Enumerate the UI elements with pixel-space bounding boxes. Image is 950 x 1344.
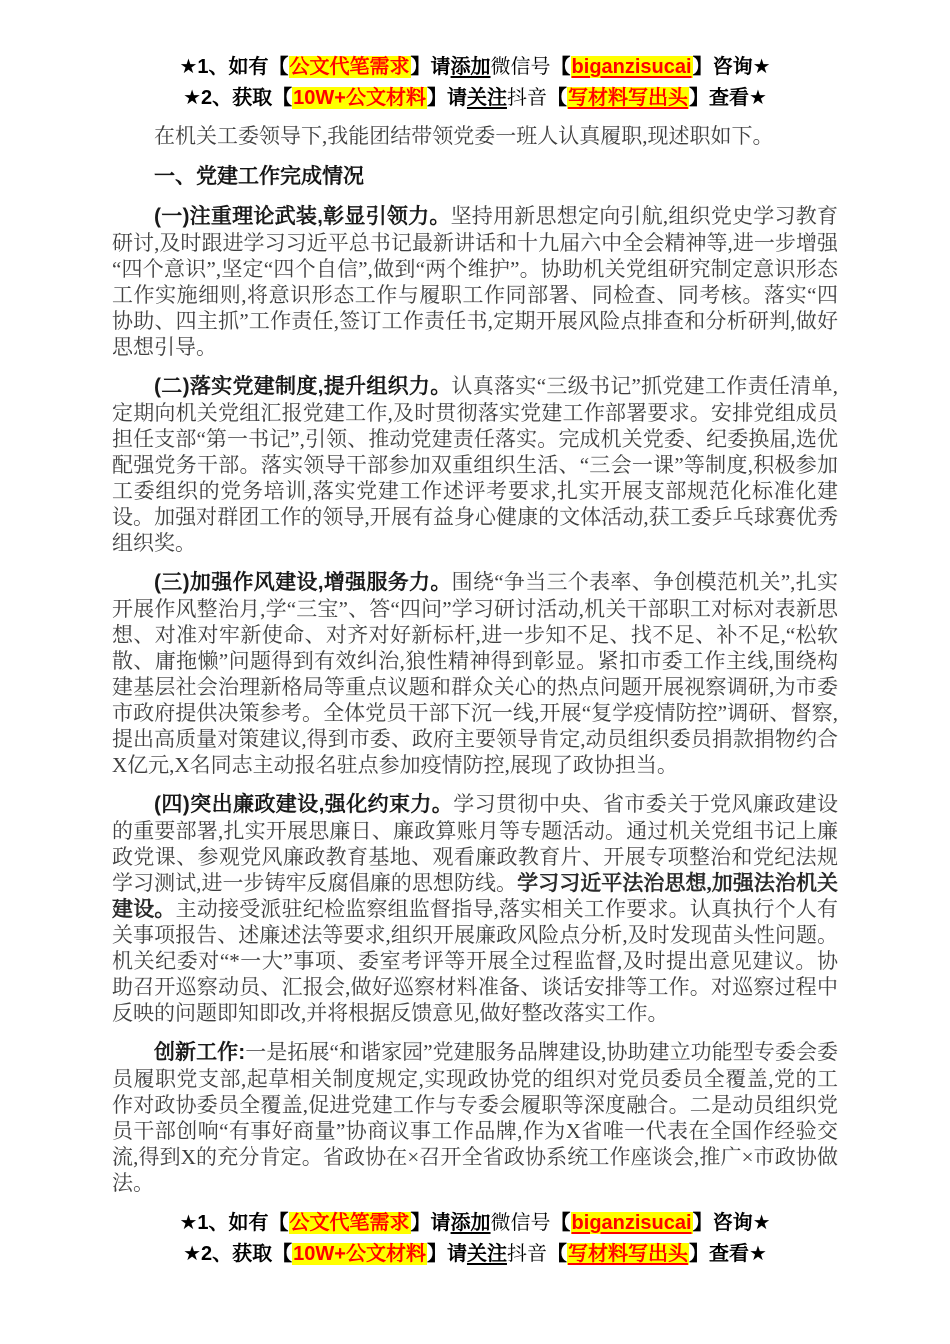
text-segment: 微信号 (491, 56, 551, 78)
text-segment: 关注 (467, 1243, 507, 1265)
text-segment: ★1、如有【 (179, 56, 288, 78)
text-segment: 】请 (427, 87, 467, 109)
text-segment: 抖音 (507, 1243, 547, 1265)
highlighted-text: biganzisucai (571, 1212, 693, 1234)
intro-paragraph: 在机关工委领导下,我能团结带领党委一班人认真履职,现述职如下。 (112, 123, 838, 149)
text-segment: 】咨询★ (693, 1212, 771, 1234)
body-paragraph: (一)注重理论武装,彰显引领力。坚持用新思想定向引航,组织党史学习教育研讨,及时… (112, 203, 838, 360)
text-segment: 】咨询★ (693, 56, 771, 78)
text-segment: 】请 (411, 1212, 451, 1234)
text-segment: 】请 (411, 56, 451, 78)
text-segment: 】查看★ (689, 87, 767, 109)
text-segment: 认真落实“三级书记”抓党建工作责任清单,定期向机关党组汇报党建工作,及时贯彻落实… (112, 374, 838, 555)
text-segment: (一)注重理论武装,彰显引领力。 (154, 205, 451, 228)
promo-banner-top: ★1、如有【公文代笔需求】请添加微信号【biganzisucai】咨询★★2、获… (112, 52, 838, 114)
text-segment: (四)突出廉政建设,强化约束力。 (154, 793, 453, 816)
text-segment: 【 (547, 87, 567, 109)
body-paragraph: 创新工作:一是拓展“和谐家园”党建服务品牌建设,协助建立功能型专委会委员履职党支… (112, 1039, 838, 1196)
text-segment: ★2、获取【 (183, 87, 292, 109)
promo-line: ★2、获取【10W+公文材料】请关注抖音【写材料写出头】查看★ (112, 83, 838, 114)
text-segment: 添加 (451, 1212, 491, 1234)
text-segment: 围绕“争当三个表率、争创模范机关”,扎实开展作风整治月,学“三宝”、答“四问”学… (112, 570, 838, 777)
text-segment: 【 (551, 56, 571, 78)
section-heading: 一、党建工作完成情况 (112, 164, 838, 190)
text-segment: 添加 (451, 56, 491, 78)
text-segment: 主动接受派驻纪检监察组监督指导,落实相关工作要求。认真执行个人有关事项报告、述廉… (112, 897, 838, 1025)
body-paragraph: (二)落实党建制度,提升组织力。认真落实“三级书记”抓党建工作责任清单,定期向机… (112, 373, 838, 556)
text-segment: ★2、获取【 (183, 1243, 292, 1265)
body-paragraph: (四)突出廉政建设,强化约束力。学习贯彻中央、省市委关于党风廉政建设的重要部署,… (112, 791, 838, 1026)
text-segment: 【 (551, 1212, 571, 1234)
text-segment: (二)落实党建制度,提升组织力。 (154, 375, 452, 398)
highlighted-text: 公文代笔需求 (289, 56, 411, 78)
text-segment: ★1、如有【 (179, 1212, 288, 1234)
highlighted-text: 写材料写出头 (567, 87, 689, 109)
text-segment: 抖音 (507, 87, 547, 109)
text-segment: (三)加强作风建设,增强服务力。 (154, 571, 452, 594)
body-paragraph: (三)加强作风建设,增强服务力。围绕“争当三个表率、争创模范机关”,扎实开展作风… (112, 569, 838, 778)
highlighted-text: biganzisucai (571, 56, 693, 78)
highlighted-text: 写材料写出头 (567, 1243, 689, 1265)
document-body: (一)注重理论武装,彰显引领力。坚持用新思想定向引航,组织党史学习教育研讨,及时… (112, 203, 838, 1196)
text-segment: 】请 (427, 1243, 467, 1265)
text-segment: 微信号 (491, 1212, 551, 1234)
promo-line: ★1、如有【公文代笔需求】请添加微信号【biganzisucai】咨询★ (112, 52, 838, 83)
promo-line: ★1、如有【公文代笔需求】请添加微信号【biganzisucai】咨询★ (112, 1208, 838, 1239)
text-segment: 创新工作: (154, 1041, 245, 1064)
text-segment: 关注 (467, 87, 507, 109)
highlighted-text: 公文代笔需求 (289, 1212, 411, 1234)
promo-line: ★2、获取【10W+公文材料】请关注抖音【写材料写出头】查看★ (112, 1239, 838, 1270)
text-segment: 】查看★ (689, 1243, 767, 1265)
highlighted-text: 10W+公文材料 (292, 87, 427, 109)
document-page: ★1、如有【公文代笔需求】请添加微信号【biganzisucai】咨询★★2、获… (0, 0, 950, 1344)
highlighted-text: 10W+公文材料 (292, 1243, 427, 1265)
text-segment: 【 (547, 1243, 567, 1265)
promo-banner-bottom: ★1、如有【公文代笔需求】请添加微信号【biganzisucai】咨询★★2、获… (112, 1208, 838, 1270)
